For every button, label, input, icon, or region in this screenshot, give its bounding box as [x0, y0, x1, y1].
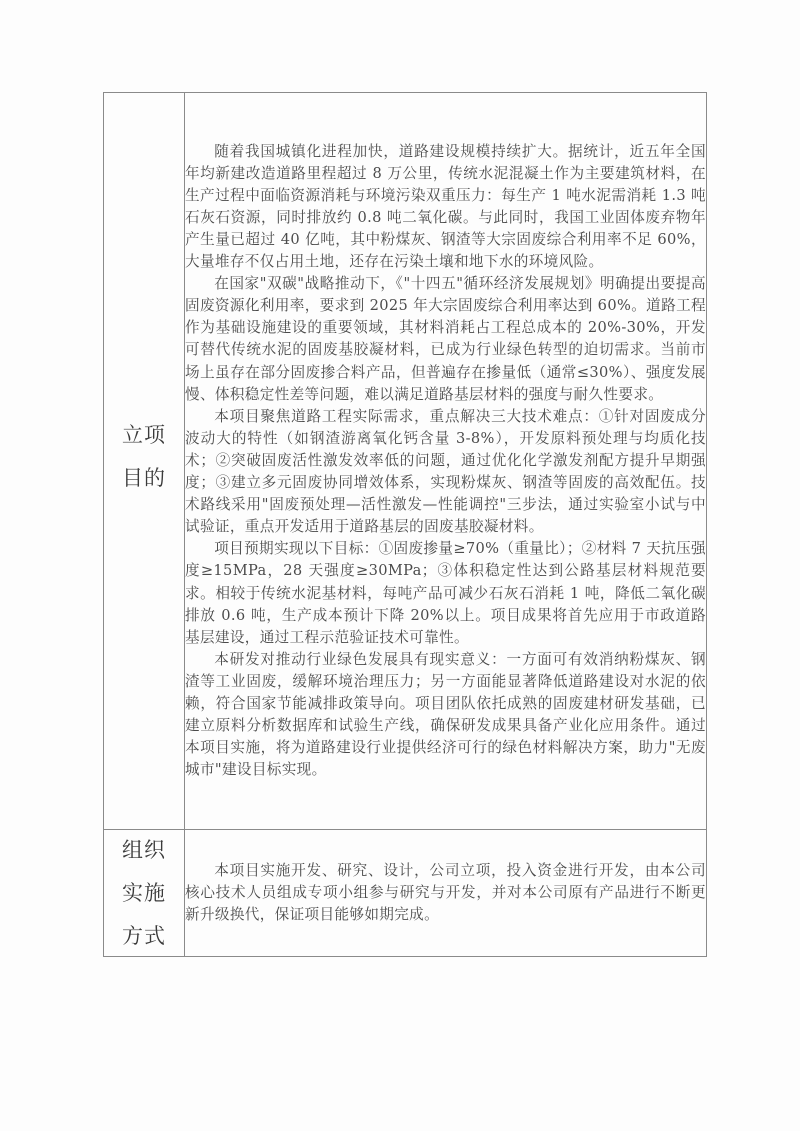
project-purpose-content: 随着我国城镇化进程加快，道路建设规模持续扩大。据统计，近五年全国年均新建改造道路…	[185, 93, 707, 830]
paragraph-implementation: 本项目实施开发、研究、设计，公司立项，投入资金进行开发，由本公司核心技术人员组成…	[185, 860, 706, 926]
label-line: 方式	[122, 919, 166, 953]
paragraph-significance: 本研发对推动行业绿色发展具有现实意义：一方面可有效消纳粉煤灰、钢渣等工业固废，缓…	[185, 649, 706, 782]
paragraph-policy: 在国家"双碳"战略推动下，《"十四五"循环经济发展规划》明确提出要提高固废资源化…	[185, 273, 706, 406]
label-line: 组织	[122, 833, 166, 867]
implementation-method-content: 本项目实施开发、研究、设计，公司立项，投入资金进行开发，由本公司核心技术人员组成…	[185, 830, 707, 957]
table-row-implementation-method: 组织 实施 方式 本项目实施开发、研究、设计，公司立项，投入资金进行开发，由本公…	[104, 830, 707, 957]
table-row-project-purpose: 立项 目的 随着我国城镇化进程加快，道路建设规模持续扩大。据统计，近五年全国年均…	[104, 93, 707, 830]
paragraph-background: 随着我国城镇化进程加快，道路建设规模持续扩大。据统计，近五年全国年均新建改造道路…	[185, 141, 706, 274]
project-info-table: 立项 目的 随着我国城镇化进程加快，道路建设规模持续扩大。据统计，近五年全国年均…	[103, 92, 707, 957]
row-label-implementation-method: 组织 实施 方式	[104, 830, 185, 957]
label-line: 实施	[122, 876, 166, 910]
label-line: 目的	[122, 461, 166, 495]
label-line: 立项	[122, 418, 166, 452]
paragraph-expected-goals: 项目预期实现以下目标：①固废掺量≥70%（重量比）；②材料 7 天抗压强度≥15…	[185, 538, 706, 648]
paragraph-technical-difficulties: 本项目聚焦道路工程实际需求，重点解决三大技术难点：①针对固废成分波动大的特性（如…	[185, 406, 706, 539]
document-page: 立项 目的 随着我国城镇化进程加快，道路建设规模持续扩大。据统计，近五年全国年均…	[0, 0, 800, 1131]
row-label-project-purpose: 立项 目的	[104, 93, 185, 830]
